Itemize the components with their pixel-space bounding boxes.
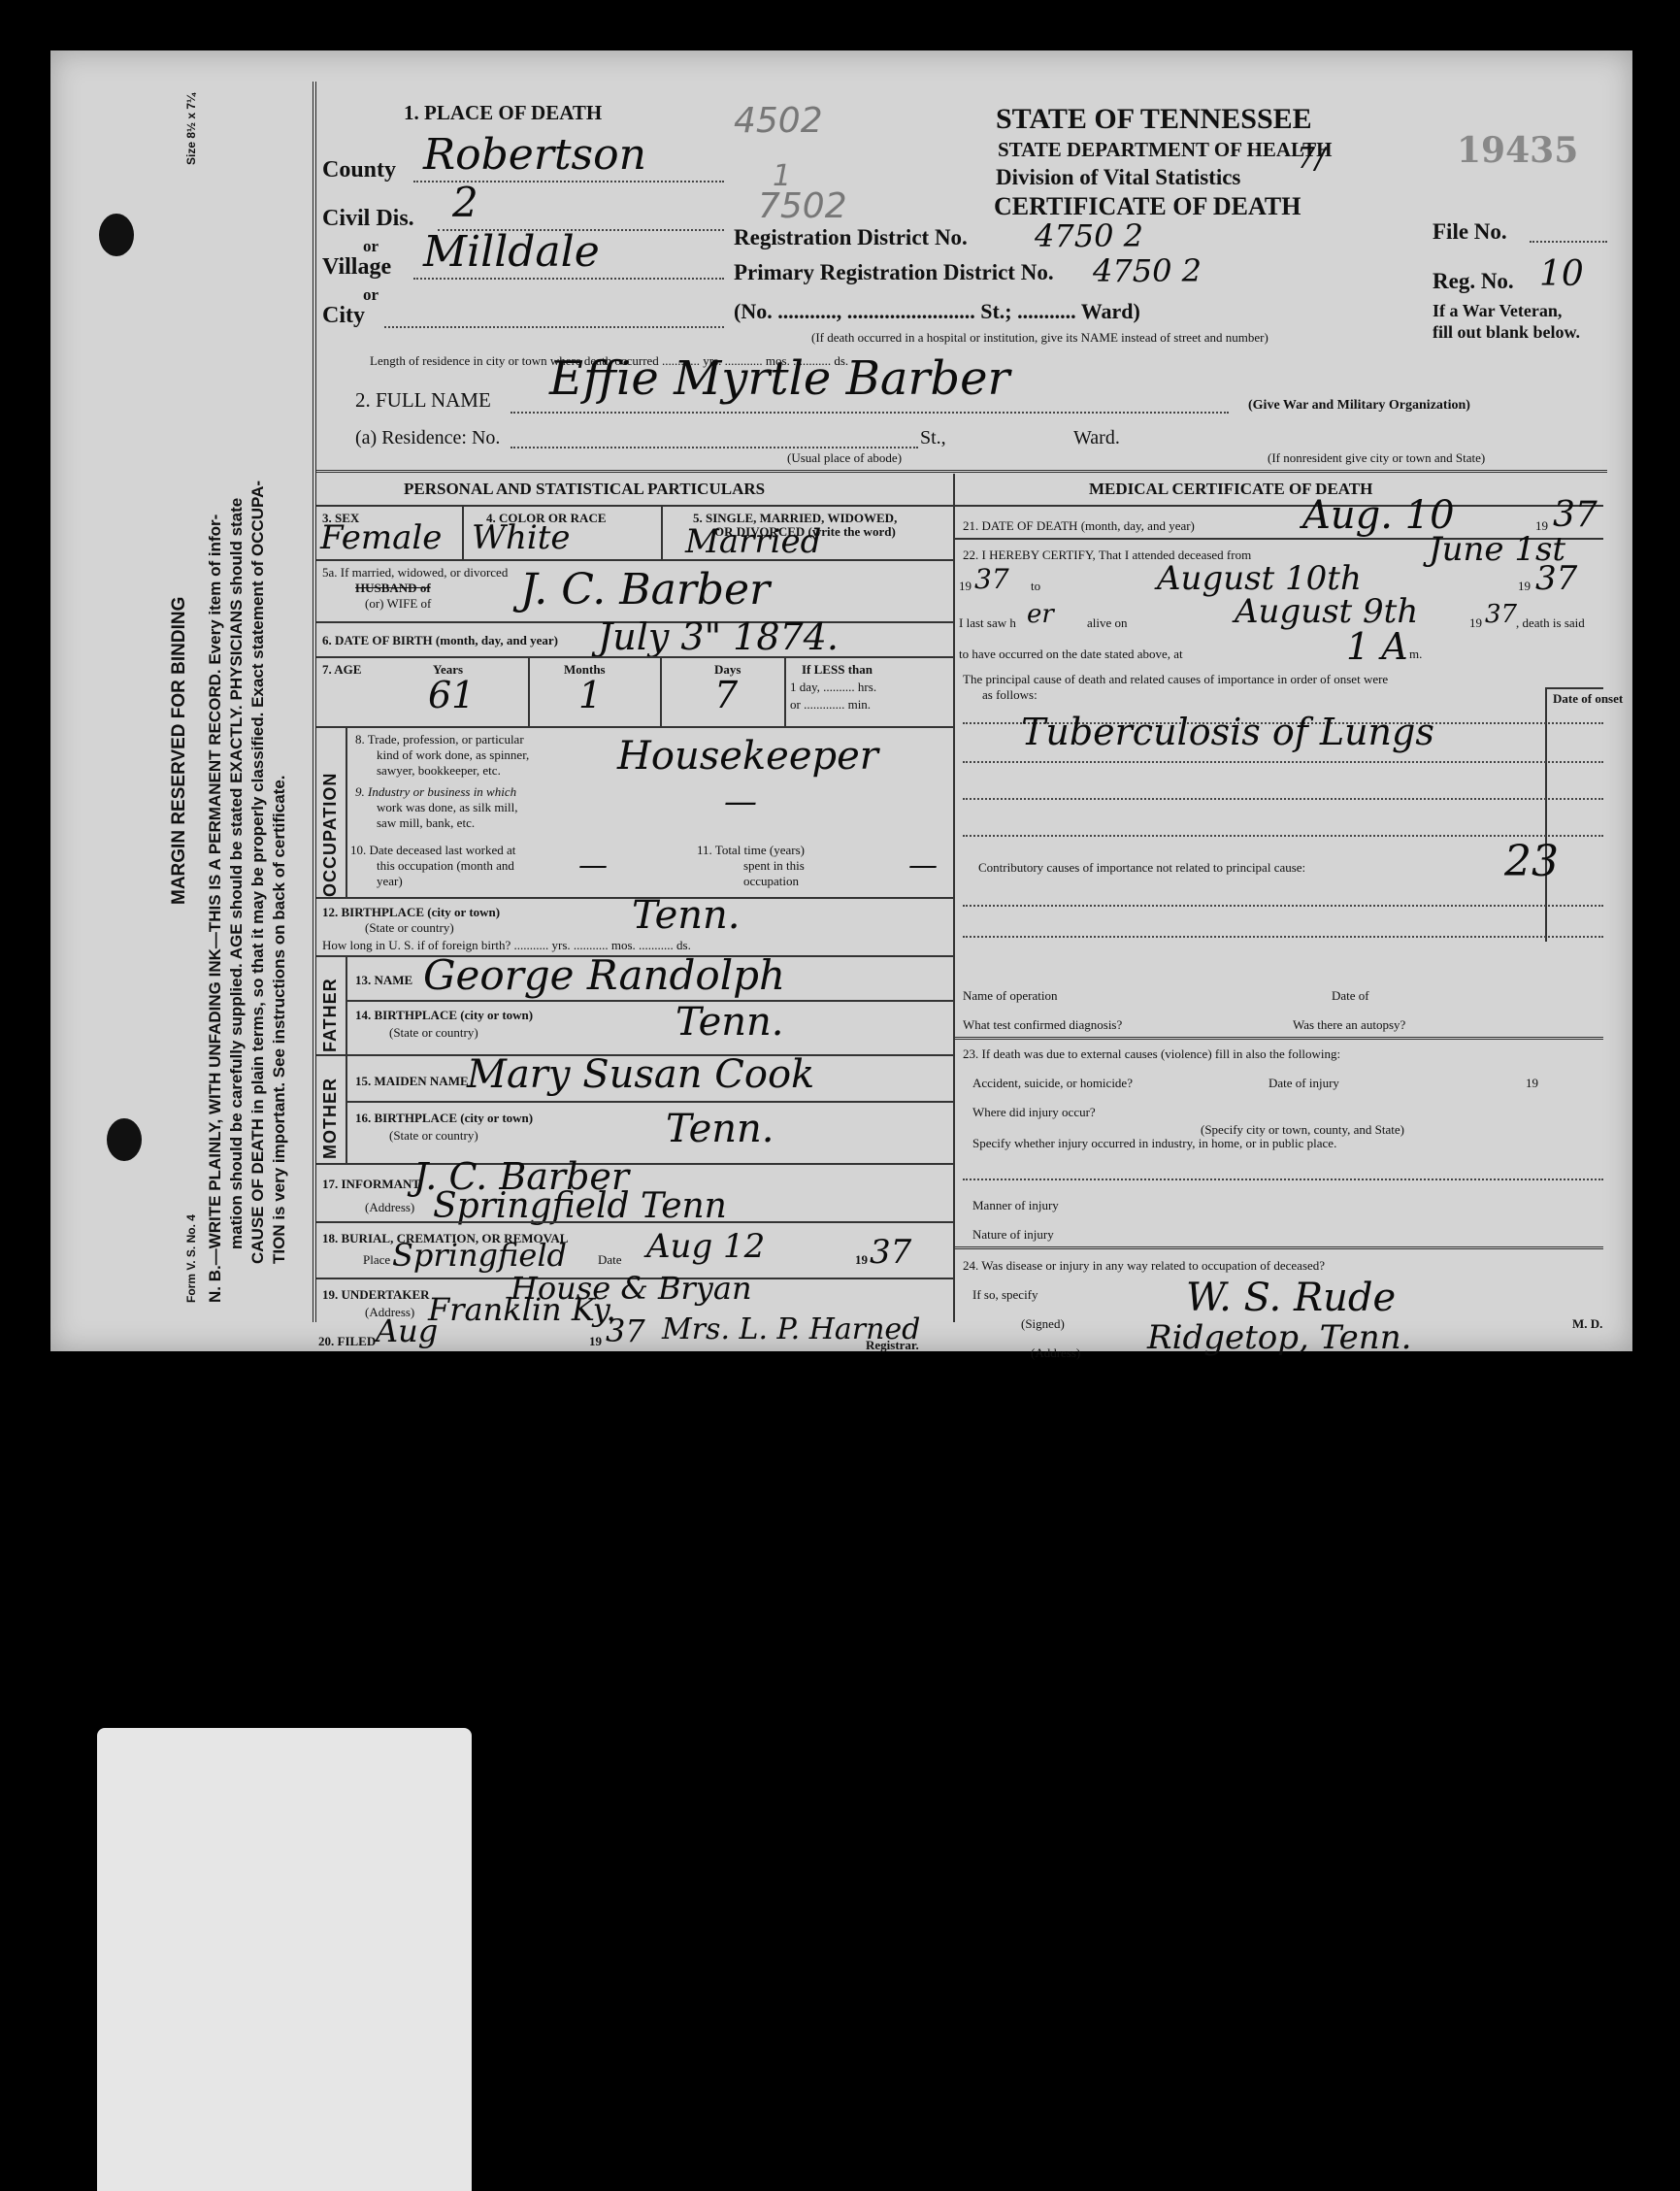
burial-date-label: Date [598, 1252, 622, 1268]
days-value: 7 [714, 674, 738, 716]
last-saw-year-prefix: 19 [1469, 615, 1482, 631]
cause-label-2: as follows: [982, 687, 1038, 703]
residence-st-label: St., [920, 427, 946, 449]
full-name-value: Effie Myrtle Barber [549, 351, 1010, 406]
cause-label-1: The principal cause of death and related… [963, 672, 1388, 687]
burial-date-value: Aug 12 [646, 1227, 765, 1266]
informant-address-value: Springfield Tenn [433, 1186, 727, 1226]
to-year-value: 37 [1535, 559, 1577, 598]
instruction-line-1: N. B.—WRITE PLAINLY, WITH UNFADING INK—T… [206, 515, 225, 1303]
county-value: Robertson [423, 130, 646, 180]
stamp-number: 19435 [1457, 130, 1578, 171]
marital-value: Married [685, 522, 821, 561]
date-of-death-year-value: 37 [1553, 495, 1598, 535]
civil-district-value: 2 [452, 179, 478, 226]
undertaker-address-value: Franklin Ky. [428, 1291, 616, 1328]
row-line [346, 1101, 953, 1103]
instruction-line-2: mation should be carefully supplied. AGE… [227, 498, 247, 1249]
occupation-side-label: OCCUPATION [320, 773, 341, 897]
col-line [528, 656, 530, 726]
residence-ward-label: Ward. [1073, 427, 1120, 449]
village-value: Milldale [423, 227, 600, 277]
blank-card-corner [97, 1728, 472, 2191]
division-title: Division of Vital Statistics [996, 165, 1240, 190]
from-year-value: 37 [974, 563, 1009, 595]
row-line [316, 1163, 953, 1165]
spouse-label-2: HUSBAND of [355, 581, 431, 596]
last-worked-label-2: this occupation (month and [377, 858, 514, 874]
occupation-related-label: 24. Was disease or injury in any way rel… [963, 1258, 1325, 1274]
contributory-value: 23 [1504, 837, 1559, 886]
injury-place-line [963, 1178, 1603, 1180]
injury-date-label: Date of injury [1268, 1076, 1339, 1091]
row-line [953, 505, 1603, 507]
state-title: STATE OF TENNESSEE [996, 103, 1312, 136]
civil-district-label: Civil Dis. [322, 206, 414, 232]
row-line [316, 656, 953, 658]
department-title: STATE DEPARTMENT OF HEALTH [998, 138, 1332, 162]
industry-label-3: saw mill, bank, etc. [377, 815, 475, 831]
injury-where-label: Where did injury occur? [972, 1105, 1096, 1120]
last-worked-value: — [578, 848, 608, 882]
hospital-note: (If death occurred in a hospital or inst… [811, 330, 1268, 346]
row-line [346, 1000, 953, 1002]
accident-label: Accident, suicide, or homicide? [972, 1076, 1133, 1091]
last-saw-label-a: I last saw h [959, 615, 1016, 631]
column-divider [953, 474, 955, 1322]
instruction-line-4: TION is very important. See instructions… [270, 775, 289, 1264]
race-value: White [472, 518, 571, 557]
nature-label: Nature of injury [972, 1227, 1054, 1243]
birthplace-label-2: (State or country) [365, 920, 454, 936]
address-label: (Address) [1031, 1345, 1080, 1361]
col-line [784, 656, 786, 726]
address-label: (No. ..........., ......................… [734, 299, 1140, 324]
date-of-death-label: 21. DATE OF DEATH (month, day, and year) [963, 518, 1195, 534]
contrib-line-1 [963, 905, 1603, 907]
file-no-line [1530, 241, 1607, 243]
mother-side-label: MOTHER [320, 1078, 341, 1159]
or-label-2: or [363, 285, 379, 305]
cause-line-2 [963, 761, 1603, 763]
row-line [1545, 687, 1603, 689]
death-certificate: MARGIN RESERVED FOR BINDING Size 8½ x 7¼… [50, 50, 1632, 1351]
col-line [661, 505, 663, 559]
burial-year-value: 37 [870, 1233, 911, 1272]
county-label: County [322, 157, 396, 183]
city-label: City [322, 303, 365, 329]
birthplace-label-1: 12. BIRTHPLACE (city or town) [322, 905, 500, 920]
mother-name-value: Mary Susan Cook [467, 1052, 814, 1097]
sex-value: Female [320, 518, 442, 557]
months-value: 1 [578, 674, 602, 716]
father-name-value: George Randolph [423, 951, 785, 999]
pencil-note-3: 7502 [758, 186, 847, 226]
father-name-label: 13. NAME [355, 973, 412, 988]
row-line [316, 1221, 953, 1223]
onset-column-line [1545, 687, 1547, 942]
row-line [316, 505, 953, 507]
military-note: (Give War and Military Organization) [1248, 398, 1470, 414]
city-line [384, 326, 724, 328]
row-line [316, 726, 953, 728]
less-than-label-1: If LESS than [802, 662, 873, 678]
filed-year-value: 37 [606, 1312, 645, 1349]
full-name-label: 2. FULL NAME [355, 388, 491, 413]
filed-value: Aug [376, 1312, 438, 1349]
trade-label-1: 8. Trade, profession, or particular [355, 732, 524, 747]
trade-label-2: kind of work done, as spinner, [377, 747, 529, 763]
burial-year-prefix: 19 [855, 1252, 868, 1268]
personal-section-title: PERSONAL AND STATISTICAL PARTICULARS [404, 480, 765, 499]
total-time-label-2: spent in this [743, 858, 805, 874]
autopsy-label: Was there an autopsy? [1293, 1017, 1405, 1033]
section-divider [316, 470, 1607, 473]
burial-place-label: Place [363, 1252, 390, 1268]
last-saw-label-b: alive on [1087, 615, 1128, 631]
operation-label: Name of operation [963, 988, 1057, 1004]
spouse-label-3: (or) WIFE of [365, 596, 431, 612]
industry-value: — [724, 782, 757, 821]
pencil-note-1: 4502 [734, 101, 823, 141]
margin-binding-label: MARGIN RESERVED FOR BINDING [169, 597, 190, 905]
principal-cause-value: Tuberculosis of Lungs [1021, 711, 1434, 753]
registration-district-value: 4750 2 [1035, 217, 1143, 254]
mother-birthplace-value: Tenn. [666, 1107, 774, 1151]
form-size-label: Size 8½ x 7¼ [184, 93, 198, 165]
place-of-death-label: 1. PLACE OF DEATH [404, 101, 602, 125]
filed-year-prefix: 19 [589, 1334, 602, 1349]
diagnosis-label: What test confirmed diagnosis? [963, 1017, 1122, 1033]
occurred-label: to have occurred on the date stated abov… [959, 647, 1183, 662]
total-time-value: — [908, 848, 938, 882]
spouse-label-1: 5a. If married, widowed, or divorced [322, 565, 508, 581]
occurred-value: 1 A [1346, 625, 1408, 668]
registrar-label: Registrar. [866, 1338, 919, 1353]
specify-label: If so, specify [972, 1287, 1038, 1303]
age-label: 7. AGE [322, 662, 361, 678]
years-value: 61 [428, 674, 475, 716]
file-no-label: File No. [1433, 219, 1507, 245]
registration-district-label: Registration District No. [734, 225, 968, 250]
form-number-label: Form V. S. No. 4 [184, 1214, 198, 1303]
birthplace-value: Tenn. [632, 893, 740, 938]
village-line [413, 278, 724, 280]
instruction-line-3: CAUSE OF DEATH in plain terms, so that i… [248, 481, 268, 1264]
to-year-prefix: 19 [1518, 579, 1531, 594]
dob-value: July 3" 1874. [598, 615, 839, 658]
to-label: to [1031, 579, 1040, 594]
less-than-label-3: or ............. min. [790, 697, 871, 713]
primary-registration-value: 4750 2 [1093, 252, 1202, 289]
cause-line-3 [963, 798, 1603, 800]
abode-note: (Usual place of abode) [787, 450, 902, 466]
contrib-line-2 [963, 936, 1603, 938]
binding-hole-top [99, 214, 134, 256]
undertaker-label: 19. UNDERTAKER [322, 1287, 430, 1303]
row-line [316, 559, 953, 561]
residence-label: (a) Residence: No. [355, 427, 500, 449]
last-saw-pronoun: er [1027, 600, 1054, 629]
reg-no-label: Reg. No. [1433, 269, 1514, 294]
total-time-label-1: 11. Total time (years) [697, 843, 805, 858]
or-label-1: or [363, 237, 379, 256]
external-causes-label: 23. If death was due to external causes … [963, 1046, 1340, 1062]
informant-label: 17. INFORMANT [322, 1177, 420, 1192]
father-birthplace-label-2: (State or country) [389, 1025, 478, 1041]
industry-label-1: 9. Industry or business in which [355, 784, 516, 800]
last-worked-label-3: year) [377, 874, 403, 889]
father-birthplace-value: Tenn. [675, 1000, 783, 1045]
last-saw-year-value: 37 [1485, 600, 1517, 629]
col-line [346, 726, 347, 897]
veteran-note-2: fill out blank below. [1433, 322, 1580, 343]
col-line [660, 656, 662, 726]
industry-label-2: work was done, as silk mill, [377, 800, 518, 815]
signed-label: (Signed) [1021, 1316, 1065, 1332]
mother-birthplace-label-2: (State or country) [389, 1128, 478, 1144]
col-line [462, 505, 464, 559]
full-name-line [511, 412, 1229, 414]
last-worked-label-1: 10. Date deceased last worked at [350, 843, 515, 858]
burial-place-value: Springfield [392, 1237, 567, 1274]
occurred-suffix: m. [1409, 647, 1422, 662]
injury-year-prefix: 19 [1526, 1076, 1538, 1091]
row-line [953, 1037, 1603, 1040]
mother-birthplace-label-1: 16. BIRTHPLACE (city or town) [355, 1111, 533, 1126]
col-line [346, 955, 347, 1163]
father-side-label: FATHER [320, 978, 341, 1052]
last-saw-label-c: , death is said [1516, 615, 1585, 631]
mother-name-label: 15. MAIDEN NAME [355, 1074, 469, 1089]
margin-mark: 7/ [1297, 142, 1325, 176]
total-time-label-3: occupation [743, 874, 799, 889]
primary-registration-label: Primary Registration District No. [734, 260, 1054, 285]
row-line [953, 1246, 1603, 1249]
residence-line [511, 447, 918, 448]
md-label: M. D. [1572, 1316, 1602, 1332]
dob-label: 6. DATE OF BIRTH (month, day, and year) [322, 633, 558, 648]
informant-address-label: (Address) [365, 1200, 414, 1215]
injury-place-label: Specify whether injury occurred in indus… [972, 1136, 1336, 1151]
spouse-value: J. C. Barber [520, 565, 770, 614]
address-value: Ridgetop, Tenn. [1147, 1318, 1411, 1357]
reg-no-value: 10 [1539, 254, 1584, 294]
trade-value: Housekeeper [617, 734, 878, 779]
trade-label-3: sawyer, bookkeeper, etc. [377, 763, 501, 779]
binding-hole-bottom [107, 1118, 142, 1161]
from-year-prefix: 19 [959, 579, 972, 594]
certificate-form: STATE OF TENNESSEE STATE DEPARTMENT OF H… [313, 82, 1607, 1322]
less-than-label-2: 1 day, .......... hrs. [790, 680, 876, 695]
contributory-label: Contributory causes of importance not re… [978, 860, 1305, 876]
operation-date-label: Date of [1332, 988, 1369, 1004]
date-of-onset-label: Date of onset [1553, 691, 1623, 707]
village-label: Village [322, 254, 391, 281]
veteran-note-1: If a War Veteran, [1433, 301, 1562, 321]
signed-value: W. S. Rude [1186, 1276, 1396, 1320]
father-birthplace-label-1: 14. BIRTHPLACE (city or town) [355, 1008, 533, 1023]
filed-label: 20. FILED [318, 1334, 376, 1349]
nonresident-note: (If nonresident give city or town and St… [1268, 450, 1485, 466]
manner-label: Manner of injury [972, 1198, 1059, 1213]
